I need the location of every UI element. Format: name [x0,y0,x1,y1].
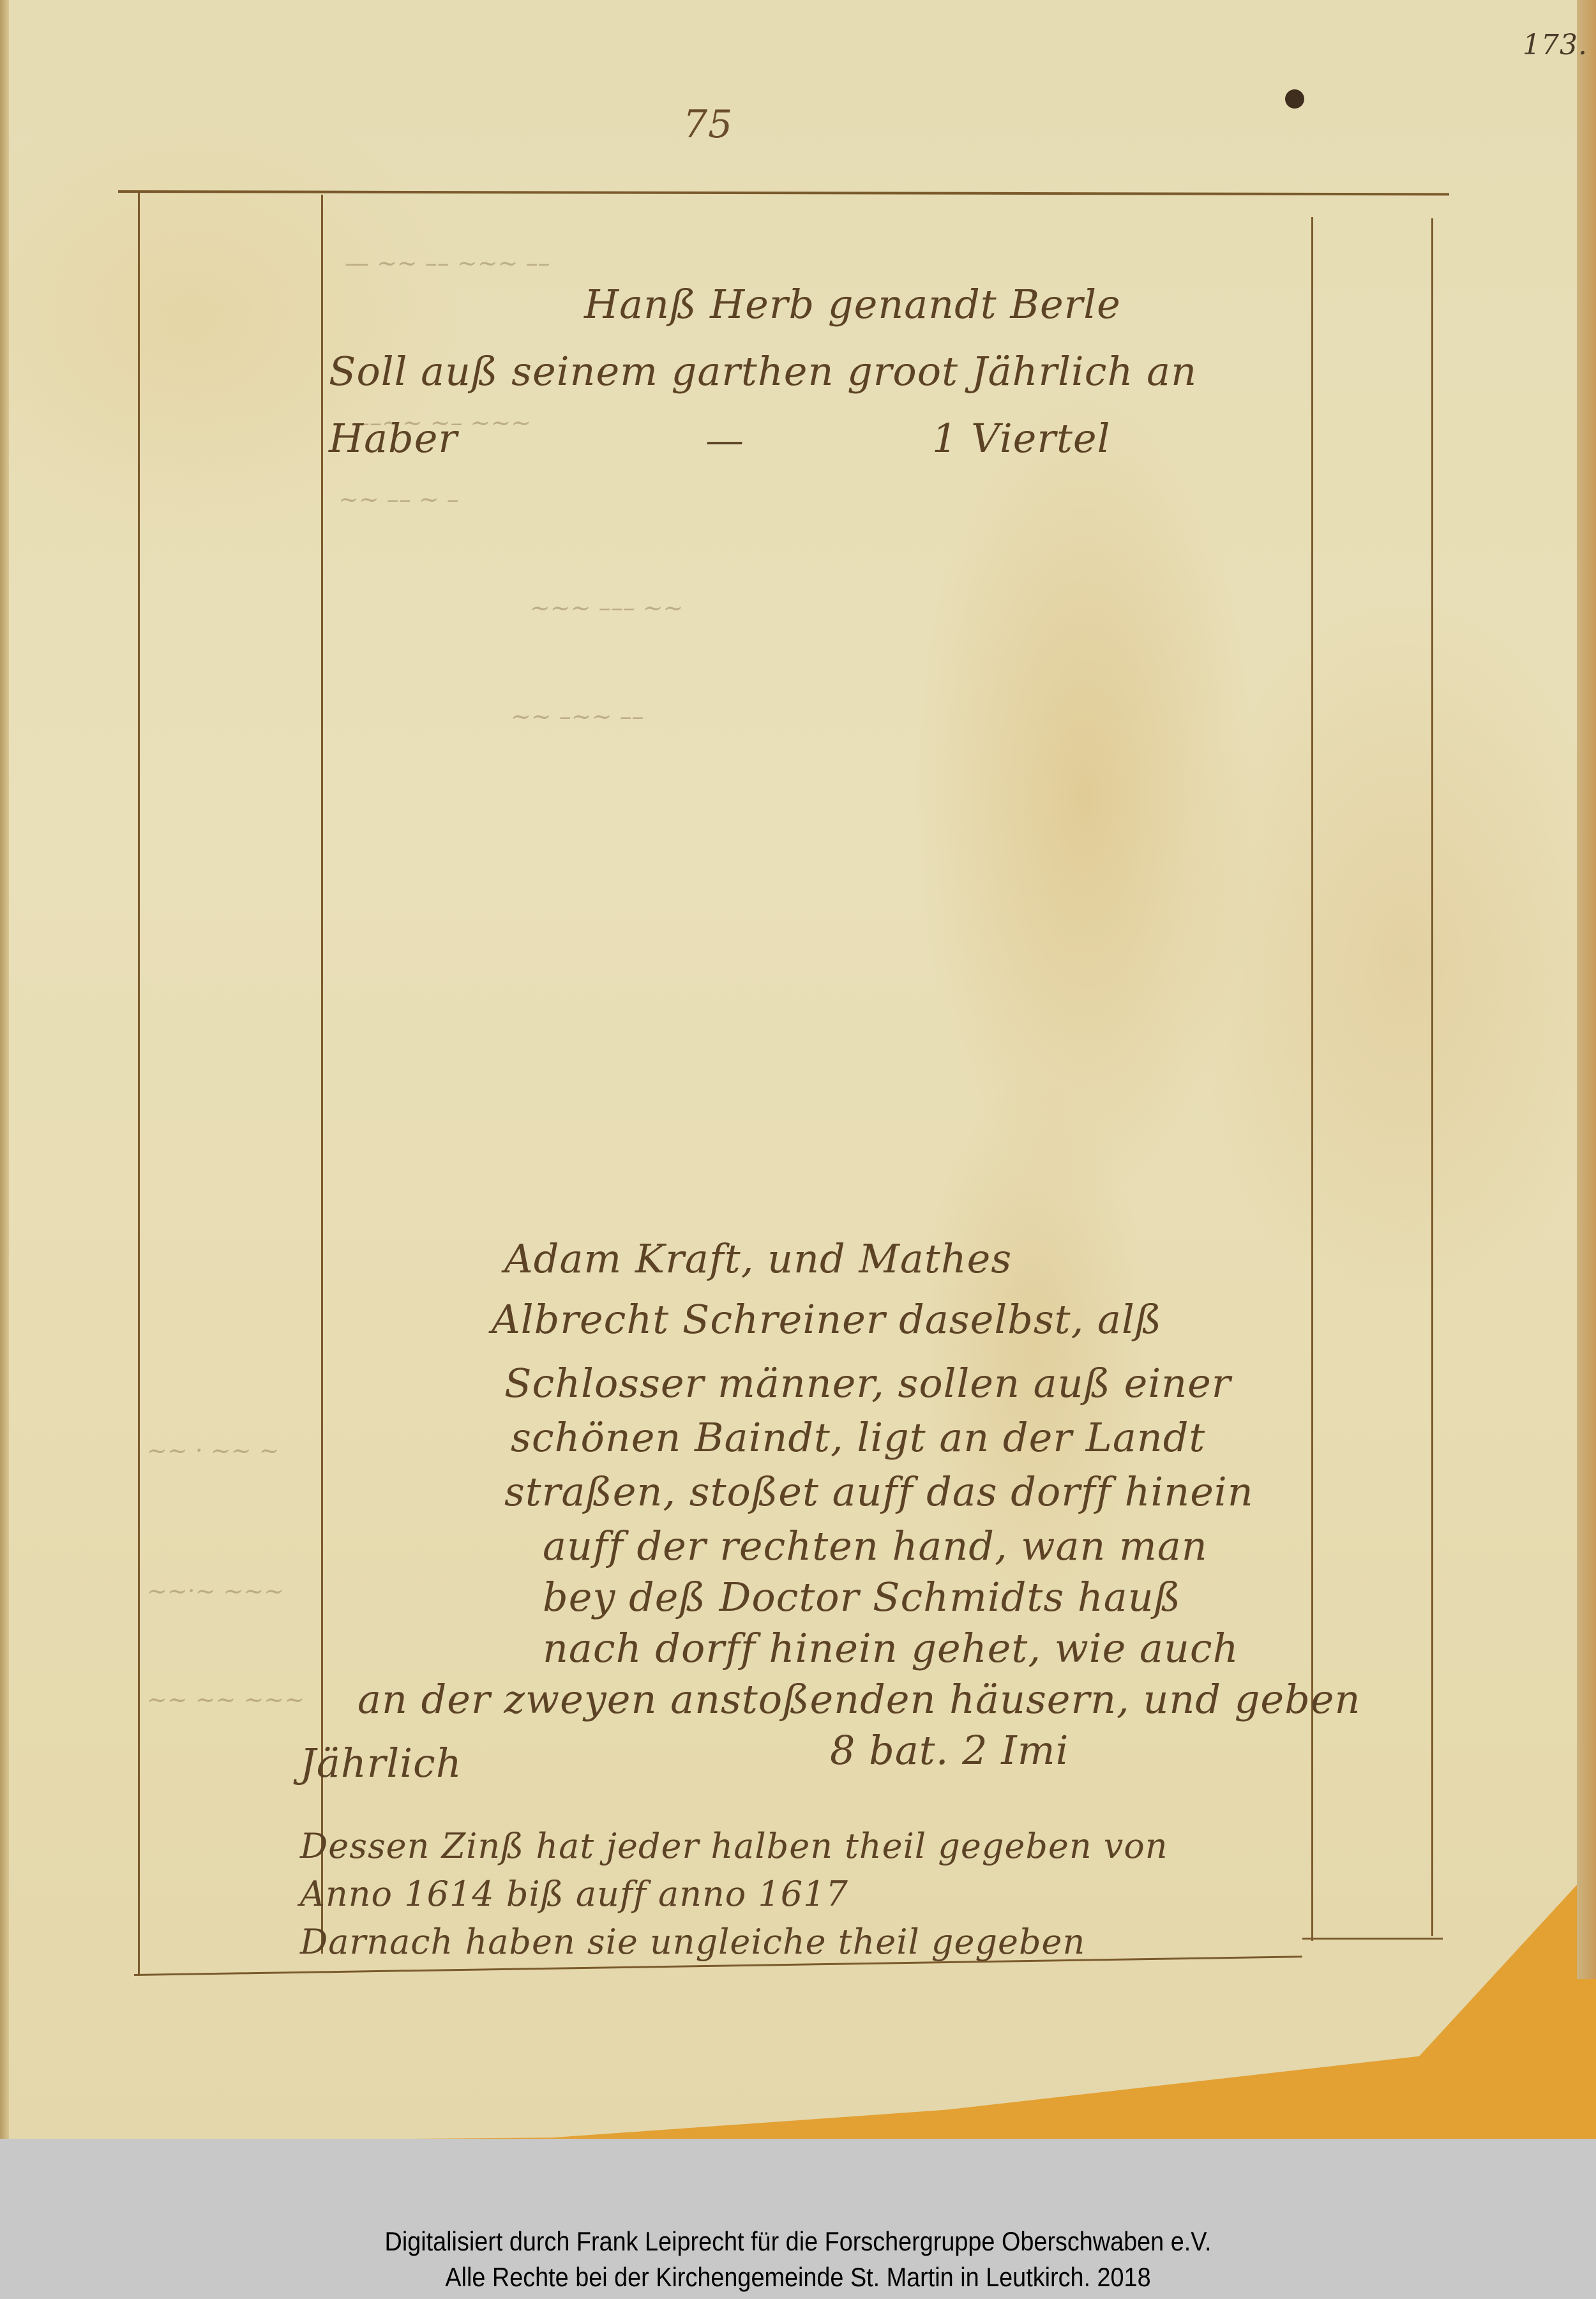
entry-2-line-1: Adam Kraft, und Mathes [504,1235,1012,1282]
entry-2-line-8: nach dorff hinein gehet, wie auch [543,1625,1239,1671]
entry-1-line-2: Soll auß seinem garthen groot Jährlich a… [329,348,1197,395]
entry-2-amount: 8 bat. 2 Imi [830,1727,1069,1774]
footer-rights-notice: Alle Rechte bei der Kirchengemeinde St. … [80,2259,1516,2295]
footer-digitization-credit: Digitalisiert durch Frank Leiprecht für … [80,2224,1516,2259]
bleed-through-text: ~~·~ ~~~ [147,1577,284,1605]
entry-1-dash: — [705,418,744,463]
binding-edge [0,0,9,2139]
entry-1-line-3: Haber [329,415,458,462]
manuscript-scan: 173. 75 — ~~ –– ~~~ –– ––~~ ~– ~~~ ~~ ––… [0,0,1596,2139]
page-edge-right [1577,0,1596,1979]
folio-number-corner: 173. [1523,29,1588,61]
entry-3-line-3: Darnach haben sie ungleiche theil gegebe… [300,1922,1085,1962]
bleed-through-text: ~~ · ~~ ~ [147,1436,280,1465]
entry-1-line-1: Hanß Herb genandt Berle [584,281,1121,328]
rule-bottom-right [1302,1938,1443,1940]
bleed-through-text: — ~~ –– ~~~ –– [345,249,550,277]
entry-2-line-2: Albrecht Schreiner daselbst, alß [492,1296,1162,1343]
bleed-through-text: ~~ –– ~ – [338,485,459,513]
entry-3-line-1: Dessen Zinß hat jeder halben theil gegeb… [300,1826,1168,1866]
entry-2-line-7: bey deß Doctor Schmidts hauß [543,1574,1181,1620]
entry-2-line-5: straßen, stoßet auff das dorff hinein [504,1468,1254,1515]
entry-2-line-3: Schlosser männer, sollen auß einer [504,1360,1231,1406]
entry-2-line-10: Jährlich [300,1740,462,1786]
folio-number-center: 75 [683,102,733,147]
bleed-through-text: ~~~ ––– ~~ [530,594,683,622]
entry-1-amount: 1 Viertel [932,415,1110,462]
entry-3-line-2: Anno 1614 biß auff anno 1617 [300,1874,848,1914]
ink-blot [1285,89,1304,109]
rule-right-outer [1431,218,1433,1936]
entry-2-line-9: an der zweyen anstoßenden häusern, und g… [358,1676,1360,1722]
entry-2-line-6: auff der rechten hand, wan man [543,1523,1208,1569]
bleed-through-text: ~~ –~~ –– [511,702,644,730]
bleed-through-text: ~~ ~~ ~~~ [147,1685,305,1714]
copyright-footer: Digitalisiert durch Frank Leiprecht für … [0,2139,1596,2299]
rule-left-inner [321,195,323,1954]
entry-2-line-4: schönen Baindt, ligt an der Landt [511,1414,1205,1461]
rule-left-outer [138,192,140,1976]
